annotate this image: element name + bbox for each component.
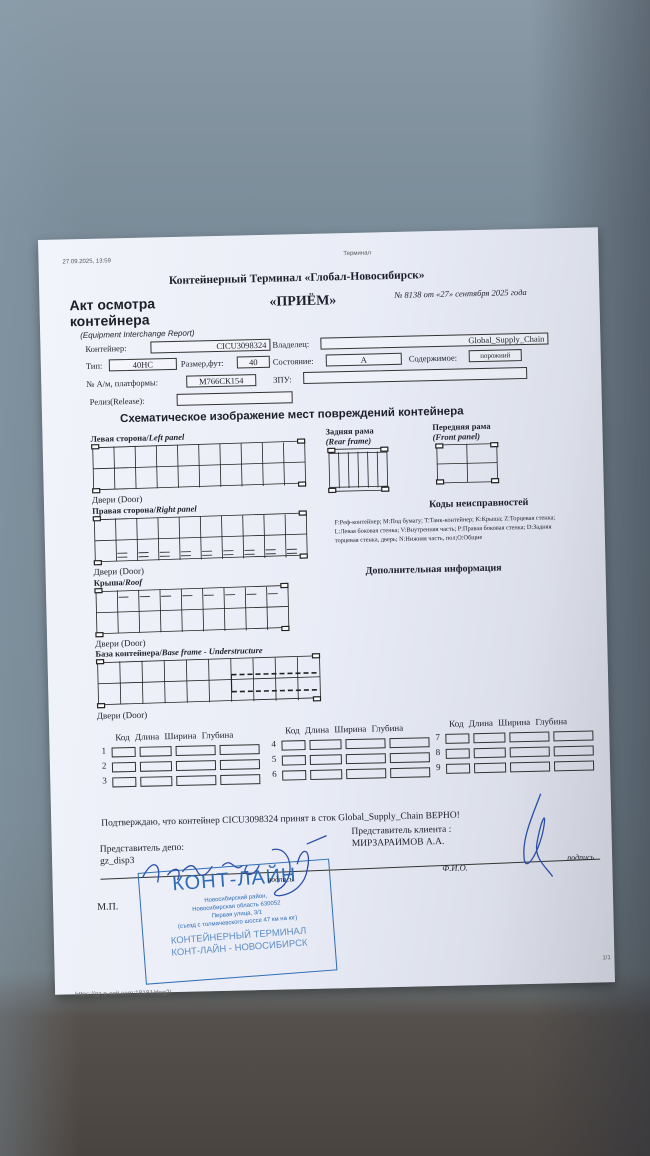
damage-width-field[interactable]	[510, 747, 550, 758]
damage-depth-field[interactable]	[220, 759, 260, 770]
inspection-report-sheet: 27.09.2025, 13:59 Терминал Контейнерный …	[38, 227, 615, 995]
damage-length-field[interactable]	[140, 746, 172, 757]
damage-width-field[interactable]	[346, 768, 386, 779]
damage-columns-header: Код Длина Ширина Глубина	[449, 716, 567, 729]
damage-depth-field[interactable]	[554, 746, 594, 757]
damage-width-field[interactable]	[345, 738, 385, 749]
damage-columns-header: Код Длина Ширина Глубина	[285, 723, 403, 736]
damage-width-field[interactable]	[176, 760, 216, 771]
damage-depth-field[interactable]	[554, 761, 594, 772]
page-number: 1/1	[602, 955, 610, 961]
damage-entry-table: Код Длина Ширина Глубина123Код Длина Шир…	[38, 227, 611, 840]
damage-code-field[interactable]	[112, 777, 136, 788]
damage-length-field[interactable]	[310, 754, 342, 765]
client-rep-name: МИРЗАРАИМОВ А.А.	[352, 836, 452, 850]
damage-row-number: 6	[272, 769, 277, 779]
damage-row-number: 1	[101, 746, 106, 756]
client-signature-label: подпись	[567, 853, 594, 863]
damage-row-number: 7	[435, 732, 440, 742]
damage-length-field[interactable]	[473, 733, 505, 744]
damage-code-field[interactable]	[281, 740, 305, 751]
damage-depth-field[interactable]	[390, 767, 430, 778]
damage-depth-field[interactable]	[220, 774, 260, 785]
damage-row-number: 4	[271, 739, 276, 749]
damage-width-field[interactable]	[176, 775, 216, 786]
damage-row-number: 9	[436, 762, 441, 772]
damage-row-number: 8	[436, 747, 441, 757]
damage-depth-field[interactable]	[390, 752, 430, 763]
damage-code-field[interactable]	[282, 770, 306, 781]
damage-length-field[interactable]	[474, 748, 506, 759]
damage-width-field[interactable]	[510, 762, 550, 773]
damage-length-field[interactable]	[310, 769, 342, 780]
damage-code-field[interactable]	[112, 762, 136, 773]
client-handwritten-signature	[511, 788, 563, 879]
damage-code-field[interactable]	[282, 755, 306, 766]
damage-width-field[interactable]	[509, 732, 549, 743]
fio-label: Ф.И.О.	[442, 862, 468, 873]
damage-depth-field[interactable]	[220, 744, 260, 755]
damage-length-field[interactable]	[140, 776, 172, 787]
damage-row-number: 5	[272, 754, 277, 764]
source-url: https://gz.p-coit.com:18181/dog2/	[75, 989, 171, 998]
damage-columns-header: Код Длина Ширина Глубина	[115, 730, 233, 743]
depot-handwritten-signature	[122, 833, 364, 918]
damage-length-field[interactable]	[474, 763, 506, 774]
damage-code-field[interactable]	[112, 747, 136, 758]
damage-depth-field[interactable]	[389, 737, 429, 748]
damage-row-number: 3	[102, 776, 107, 786]
damage-code-field[interactable]	[446, 763, 470, 774]
seal-place-label: М.П.	[97, 901, 118, 912]
client-representative: Представитель клиента : МИРЗАРАИМОВ А.А.	[351, 824, 451, 850]
damage-width-field[interactable]	[346, 753, 386, 764]
damage-width-field[interactable]	[176, 745, 216, 756]
damage-code-field[interactable]	[446, 748, 470, 759]
damage-row-number: 2	[102, 761, 107, 771]
damage-length-field[interactable]	[309, 739, 341, 750]
damage-code-field[interactable]	[445, 733, 469, 744]
damage-depth-field[interactable]	[553, 731, 593, 742]
damage-length-field[interactable]	[140, 761, 172, 772]
